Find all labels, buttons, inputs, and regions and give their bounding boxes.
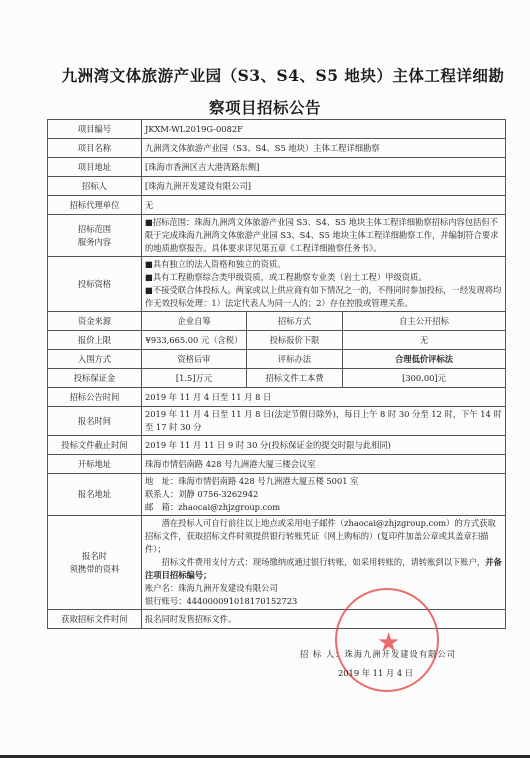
project-no-value: JKXM-WL2019G-0082F: [142, 120, 506, 139]
row-notice-time: 招标公告时间2019 年 11 月 4 日至 11 月 8 日: [48, 388, 506, 407]
scope-value: ■招标范围：珠海九洲湾文体旅游产业园 S3、S4、S5 地块主体工程详细勘察招标…: [142, 215, 506, 257]
row-entry: 入围方式资格后审评标办法合理低价评标法: [48, 350, 506, 369]
label: 项目编号: [48, 120, 142, 139]
page-title-line-1: 九洲湾文体旅游产业园（S3、S4、S5 地块）主体工程详细勘: [0, 64, 530, 86]
row-project-address: 项目地址[珠海市香洲区吉大港湾路东侧]: [48, 158, 506, 177]
row-project-no: 项目编号JKXM-WL2019G-0082F: [48, 120, 506, 139]
row-deposit: 投标保证金[1.5]万元招标文件工本费[300.00]元: [48, 369, 506, 388]
label: 项目名称: [48, 139, 142, 158]
row-scope: 招标范围服务内容 ■招标范围：珠海九洲湾文体旅游产业园 S3、S4、S5 地块主…: [48, 215, 506, 257]
tender-info-table: 项目编号JKXM-WL2019G-0082F 项目名称九洲湾文体旅游产业园（S3…: [47, 119, 506, 629]
row-materials: 报名时须携带的资料 潜在投标人可自行前往以上地点或采用电子邮件（zhaocai@…: [48, 516, 506, 610]
scope-label: 招标范围服务内容: [48, 215, 142, 257]
page-title-line-2: 察项目招标公告: [0, 96, 530, 118]
row-opening-address: 开标地址珠海市情侣南路 428 号九洲港大厦三楼会议室: [48, 455, 506, 474]
row-deadline: 投标文件截止时间2019 年 11 月 11 日 9 时 30 分(投标保证金的…: [48, 436, 506, 455]
row-registration-address: 报名地址 地 址：珠海市情侣南路 428 号九洲港大厦五楼 5001 室 联系人…: [48, 474, 506, 516]
project-name-value: 九洲湾文体旅游产业园（S3、S4、S5 地块）主体工程详细勘察: [142, 139, 506, 158]
row-registration-time: 报名时间2019 年 11 月 4 日至 11 月 8 日(法定节假日除外)，每…: [48, 407, 506, 436]
label: 投标资格: [48, 257, 142, 312]
email-link[interactable]: 邮 箱：zhaocai@zhjzgroup.com: [145, 501, 502, 514]
qualification-value: ■具有独立的法人资格和独立的资质。 ■具有工程勘察综合类甲级资质，或工程勘察专业…: [142, 257, 506, 312]
sign-date: 2019 年 11 月 4 日: [338, 667, 413, 679]
agency-value: 无: [142, 196, 506, 215]
signer: 招 标 人：珠海九洲开发建设有限公司: [300, 648, 456, 660]
row-agency: 招标代理单位无: [48, 196, 506, 215]
project-address-value: [珠海市香洲区吉大港湾路东侧]: [142, 158, 506, 177]
row-qualification: 投标资格 ■具有独立的法人资格和独立的资质。 ■具有工程勘察综合类甲级资质，或工…: [48, 257, 506, 312]
label: 招标人: [48, 177, 142, 196]
row-fund-source: 资金来源企业自筹招标方式自主公开招标: [48, 312, 506, 331]
label: 招标代理单位: [48, 196, 142, 215]
label: 项目地址: [48, 158, 142, 177]
row-tenderer: 招标人[珠海九洲开发建设有限公司]: [48, 177, 506, 196]
row-project-name: 项目名称九洲湾文体旅游产业园（S3、S4、S5 地块）主体工程详细勘察: [48, 139, 506, 158]
row-price-cap: 报价上限¥933,665.00 元（含税）投标报价下限无: [48, 331, 506, 350]
tenderer-value: [珠海九洲开发建设有限公司]: [142, 177, 506, 196]
